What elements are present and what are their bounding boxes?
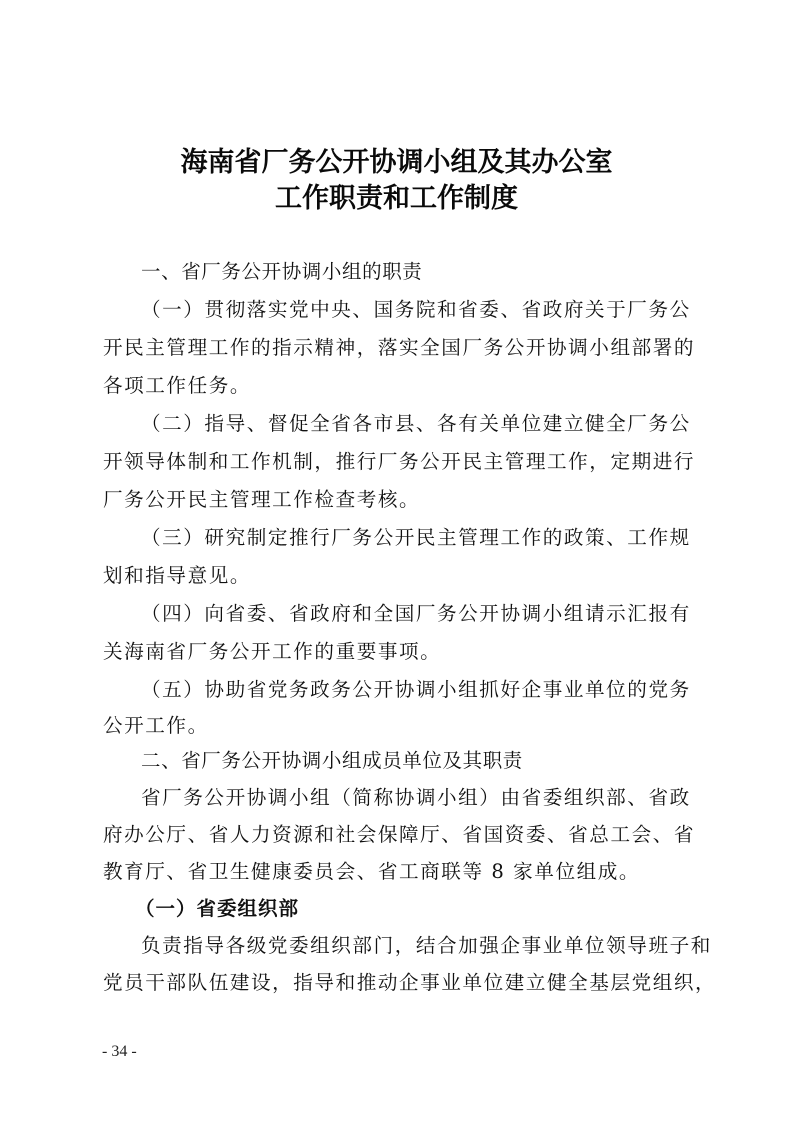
paragraph-line: 开领导体制和工作机制，推行厂务公开民主管理工作，定期进行 [103, 449, 693, 475]
paragraph-line: 各项工作任务。 [103, 373, 693, 399]
paragraph-line: （四）向省委、省政府和全国厂务公开协调小组请示汇报有 [141, 601, 693, 627]
paragraph-line: （一）贯彻落实党中央、国务院和省委、省政府关于厂务公 [141, 297, 693, 323]
document-title-line-1: 海南省厂务公开协调小组及其办公室 [0, 140, 793, 179]
subsection-heading: （一）省委组织部 [135, 896, 299, 922]
paragraph-line: 省厂务公开协调小组（简称协调小组）由省委组织部、省政 [141, 785, 693, 811]
paragraph-line: 负责指导各级党委组织部门，结合加强企事业单位领导班子和 [141, 933, 693, 959]
paragraph-line: 府办公厅、省人力资源和社会保障厅、省国资委、省总工会、省 [103, 822, 693, 848]
paragraph-line: 教育厅、省卫生健康委员会、省工商联等 8 家单位组成。 [103, 859, 693, 885]
section-1-heading: 一、省厂务公开协调小组的职责 [141, 259, 422, 285]
page-number: - 34 - [102, 1043, 137, 1061]
paragraph-line: 党员干部队伍建设，指导和推动企事业单位建立健全基层党组织， [103, 970, 693, 996]
paragraph-line: 公开工作。 [103, 713, 693, 739]
section-2-heading: 二、省厂务公开协调小组成员单位及其职责 [141, 748, 523, 774]
paragraph-line: 关海南省厂务公开工作的重要事项。 [103, 639, 693, 665]
paragraph-line: 厂务公开民主管理工作检查考核。 [103, 487, 693, 513]
paragraph-line: （五）协助省党务政务公开协调小组抓好企事业单位的党务 [141, 677, 693, 703]
document-page: 海南省厂务公开协调小组及其办公室 工作职责和工作制度 一、省厂务公开协调小组的职… [0, 0, 793, 1122]
paragraph-line: （二）指导、督促全省各市县、各有关单位建立健全厂务公 [141, 411, 693, 437]
document-title-line-2: 工作职责和工作制度 [0, 176, 793, 215]
paragraph-line: 划和指导意见。 [103, 563, 693, 589]
paragraph-line: （三）研究制定推行厂务公开民主管理工作的政策、工作规 [141, 525, 693, 551]
paragraph-line: 开民主管理工作的指示精神，落实全国厂务公开协调小组部署的 [103, 335, 693, 361]
